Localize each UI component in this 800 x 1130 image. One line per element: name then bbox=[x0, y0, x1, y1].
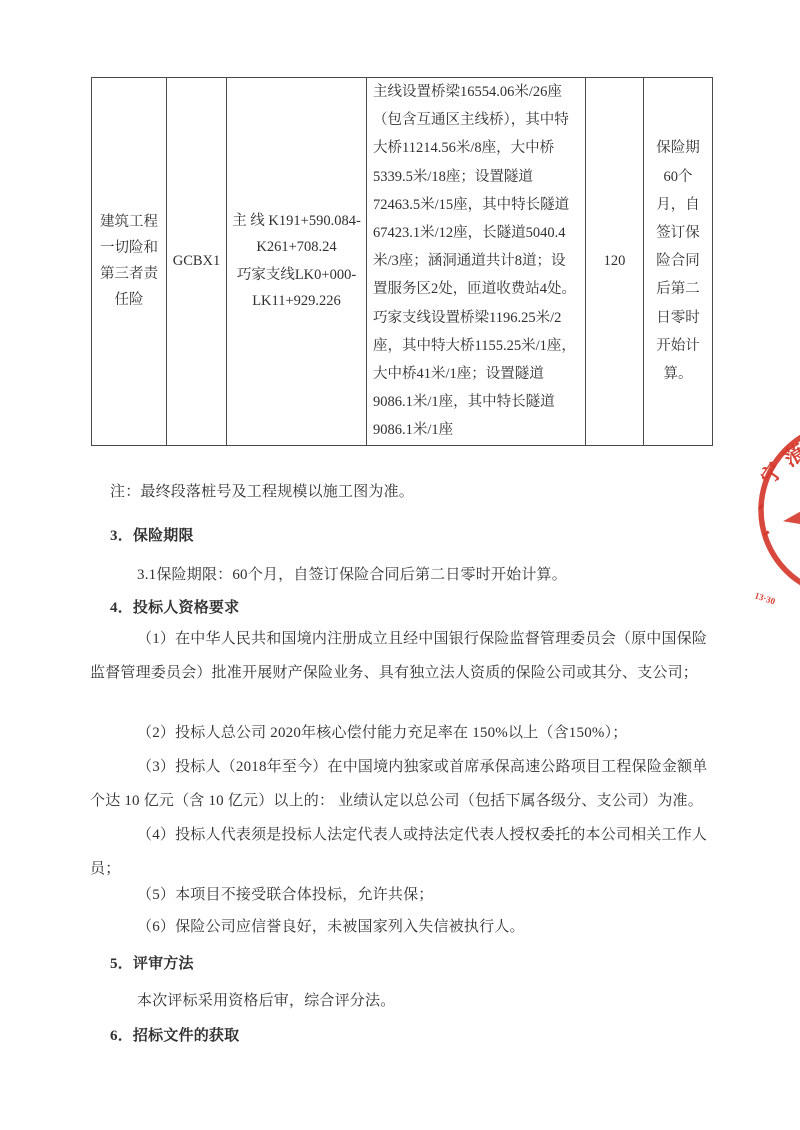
scale-text: 主线设置桥梁16554.06米/26座（包含互通区主线桥），其中特大桥11214… bbox=[373, 84, 576, 438]
code-cell: GCBX1 bbox=[167, 78, 227, 446]
requirement-item-5: （5）本项目不接受联合体投标，允许共保； bbox=[90, 878, 714, 912]
note-line: 注：最终段落桩号及工程规模以施工图为准。 bbox=[90, 482, 714, 502]
insurance-table: 建筑工程一切险和第三者责任险 GCBX1 主 线 K191+590.084-K2… bbox=[91, 77, 713, 446]
section-3-heading: 3．保险期限 bbox=[90, 526, 714, 546]
amount-text: 120 bbox=[604, 253, 626, 269]
table-row: 建筑工程一切险和第三者责任险 GCBX1 主 线 K191+590.084-K2… bbox=[92, 78, 713, 446]
section-4-heading: 4．投标人资格要求 bbox=[90, 598, 714, 618]
route-cell: 主 线 K191+590.084-K261+708.24 巧家支线LK0+000… bbox=[227, 78, 367, 446]
star-icon bbox=[772, 440, 800, 582]
section-5-heading: 5．评审方法 bbox=[90, 954, 714, 974]
section-6-heading: 6．招标文件的获取 bbox=[90, 1026, 714, 1046]
requirement-item-1: （1）在中华人民共和国境内注册成立且经中国银行保险监督管理委员会（原中国保险监督… bbox=[90, 622, 714, 690]
insurance-type-text: 建筑工程一切险和第三者责任险 bbox=[100, 214, 158, 308]
seal-code-text: 13·30 bbox=[753, 590, 777, 606]
section-3-1-paragraph: 3.1保险期限：60个月，自签订保险合同后第二日零时开始计算。 bbox=[90, 558, 714, 592]
requirement-item-3: （3）投标人（2018年至今）在中国境内独家或首席承保高速公路项目工程保险金额单… bbox=[90, 750, 714, 818]
amount-cell: 120 bbox=[586, 78, 644, 446]
scale-cell: 主线设置桥梁16554.06米/26座（包含互通区主线桥），其中特大桥11214… bbox=[367, 78, 586, 446]
code-text: GCBX1 bbox=[173, 253, 221, 269]
seal-arc-char-2: 蒗 bbox=[780, 440, 800, 471]
period-cell: 保险期60个月，自签订保险合同后第二日零时开始计算。 bbox=[644, 78, 713, 446]
requirement-item-4: （4）投标人代表须是投标人法定代表人或持法定代表人授权委托的本公司相关工作人员； bbox=[90, 818, 714, 886]
route-mainline-text: 主 线 K191+590.084-K261+708.24 bbox=[231, 208, 362, 260]
seal-arc-char-1: 宁 bbox=[756, 458, 788, 489]
official-seal-stamp: 宁 蒗 13·30 bbox=[752, 422, 800, 606]
insurance-type-cell: 建筑工程一切险和第三者责任险 bbox=[92, 78, 167, 446]
route-branch-text: 巧家支线LK0+000-LK11+929.226 bbox=[231, 262, 362, 314]
requirement-item-6: （6）保险公司应信誉良好，未被国家列入失信被执行人。 bbox=[90, 910, 714, 944]
document-page: 建筑工程一切险和第三者责任险 GCBX1 主 线 K191+590.084-K2… bbox=[0, 0, 800, 1130]
period-text: 保险期60个月，自签订保险合同后第二日零时开始计算。 bbox=[656, 140, 700, 382]
section-5-paragraph: 本次评标采用资格后审，综合评分法。 bbox=[90, 984, 714, 1018]
requirement-item-2: （2）投标人总公司 2020年核心偿付能力充足率在 150%以上（含150%）； bbox=[90, 716, 714, 750]
